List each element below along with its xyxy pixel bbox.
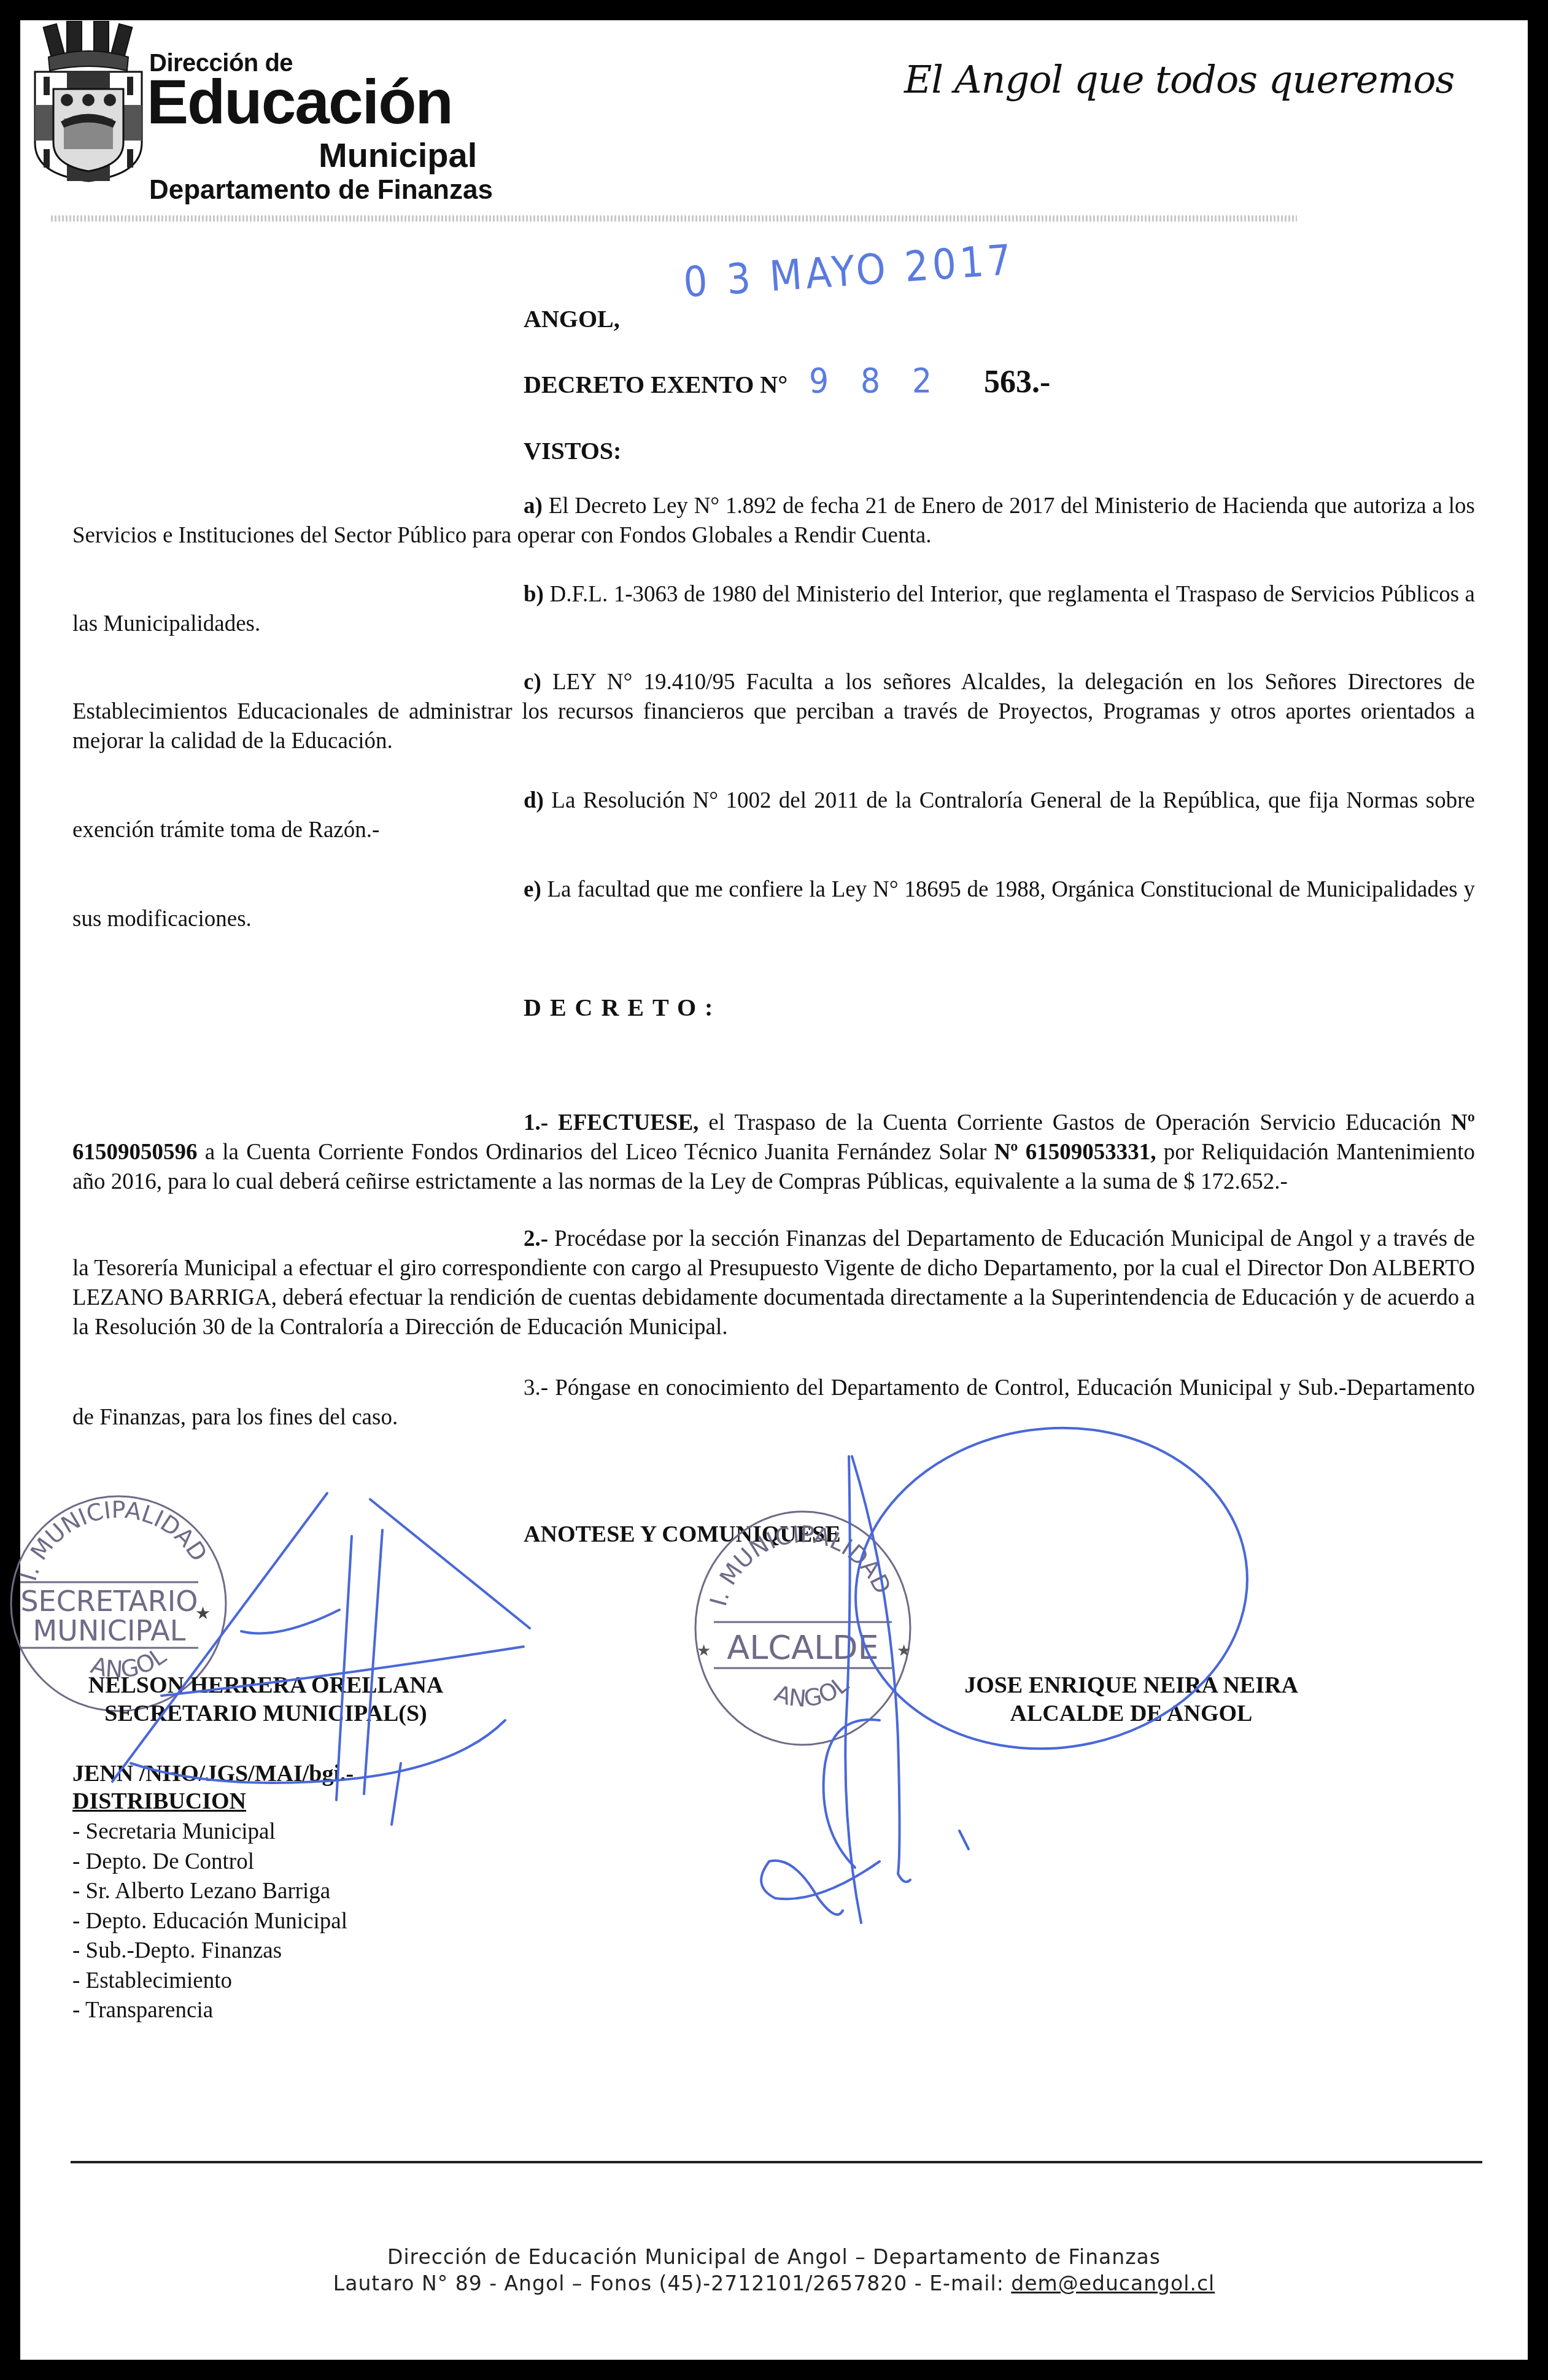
distribution-list: - Secretaria Municipal - Depto. De Contr… [72,1817,347,2026]
mayor-name: JOSE ENRIQUE NEIRA NEIRA [898,1671,1364,1699]
visto-e: e) La facultad que me confiere la Ley N°… [72,875,1475,934]
distribution-item: - Transparencia [72,1996,347,2026]
decree-item-2: 2.- Procédase por la sección Finanzas de… [72,1224,1475,1342]
item-text: a la Cuenta Corriente Fondos Ordinarios … [198,1140,994,1165]
mayor-title: ALCALDE DE ANGOL [898,1699,1364,1728]
svg-text:MUNICIPAL: MUNICIPAL [33,1614,186,1647]
footer-contact: Lautaro N° 89 - Angol – Fonos (45)-27121… [333,2271,1011,2295]
decree-number: 563.- [984,364,1050,400]
svg-text:I. MUNICIPALIDAD: I. MUNICIPALIDAD [15,1496,213,1584]
document-page: Dirección de Educación Municipal Departa… [20,20,1528,2360]
header-department: Departamento de Finanzas [149,177,493,204]
decree-label: DECRETO EXENTO N° [524,370,788,399]
date-stamp: 0 3 MAYO 2017 [682,236,1016,307]
mayor-seal-icon: I. MUNICIPALIDAD ALCALDE ★ ★ ANGOL [689,1505,916,1751]
visto-text: D.F.L. 1-3063 de 1980 del Ministerio del… [72,582,1475,636]
svg-text:SECRETARIO: SECRETARIO [20,1585,198,1618]
visto-text: El Decreto Ley N° 1.892 de fecha 21 de E… [72,493,1475,548]
item-number: 1.- [524,1110,548,1135]
decreto-heading: DECRETO: [524,993,721,1022]
header-title: Educación [147,71,452,133]
visto-text: La facultad que me confiere la Ley N° 18… [72,877,1475,932]
place-label: ANGOL, [524,304,620,333]
item-text: Procédase por la sección Finanzas del De… [72,1226,1475,1340]
visto-text: LEY N° 19.410/95 Faculta a los señores A… [72,670,1475,754]
visto-text: La Resolución N° 1002 del 2011 de la Con… [72,788,1475,843]
footer-line-1: Dirección de Educación Municipal de Ango… [20,2245,1528,2269]
distribution-item: - Secretaria Municipal [72,1817,347,1847]
decree-item-1: 1.- EFECTUESE, el Traspaso de la Cuenta … [72,1108,1475,1197]
vistos-heading: VISTOS: [524,436,621,465]
item-lead: EFECTUESE, [558,1110,699,1135]
visto-c: c) LEY N° 19.410/95 Faculta a los señore… [72,668,1475,756]
footer-divider [71,2161,1482,2163]
item-number: 3.- [524,1375,548,1401]
account-destination: Nº 61509053331, [994,1140,1156,1165]
distribution-item: - Establecimiento [72,1966,347,1996]
visto-a: a) El Decreto Ley N° 1.892 de fecha 21 d… [72,492,1475,551]
svg-text:ANGOL: ANGOL [771,1671,853,1712]
distribution-item: - Depto. De Control [72,1847,347,1877]
initials: JENN /NHO/JGS/MAI/bgi.- [72,1760,354,1787]
visto-key: c) [524,670,541,695]
distribution-item: - Depto. Educación Municipal [72,1907,347,1937]
decree-number-stamp: 9 8 2 [809,361,943,401]
header-divider [51,215,1297,222]
distribution-item: - Sub.-Depto. Finanzas [72,1936,347,1966]
svg-text:I. MUNICIPALIDAD: I. MUNICIPALIDAD [705,1521,896,1609]
slogan: El Angol que todos queremos [904,57,1454,102]
mayor-signature-block: JOSE ENRIQUE NEIRA NEIRA ALCALDE DE ANGO… [898,1671,1364,1728]
decree-item-3: 3.- Póngase en conocimiento del Departam… [72,1374,1475,1432]
secretary-signature-block: NELSON HERRERA ORELLANA SECRETARIO MUNIC… [51,1671,481,1728]
visto-key: e) [524,877,541,902]
visto-key: b) [524,582,544,607]
distribution-item: - Sr. Alberto Lezano Barriga [72,1877,347,1907]
svg-text:ALCALDE: ALCALDE [727,1628,878,1667]
visto-key: d) [524,788,544,813]
item-number: 2.- [524,1226,548,1251]
visto-key: a) [524,493,543,519]
secretary-title: SECRETARIO MUNICIPAL(S) [51,1699,481,1728]
secretary-name: NELSON HERRERA ORELLANA [51,1671,481,1699]
footer-email-link[interactable]: dem@educangol.cl [1011,2271,1215,2295]
item-text: Póngase en conocimiento del Departamento… [72,1375,1475,1430]
header-line-3: Municipal [319,138,477,172]
footer-line-2: Lautaro N° 89 - Angol – Fonos (45)-27121… [20,2271,1528,2295]
svg-text:★: ★ [195,1604,211,1623]
distribution-heading: DISTRIBUCION [72,1788,246,1815]
svg-text:★: ★ [697,1642,711,1659]
svg-text:★: ★ [897,1642,911,1659]
coat-of-arms-icon [30,20,147,185]
visto-b: b) D.F.L. 1-3063 de 1980 del Ministerio … [72,580,1475,639]
visto-d: d) La Resolución N° 1002 del 2011 de la … [72,786,1475,845]
item-text: el Traspaso de la Cuenta Corriente Gasto… [699,1110,1451,1135]
